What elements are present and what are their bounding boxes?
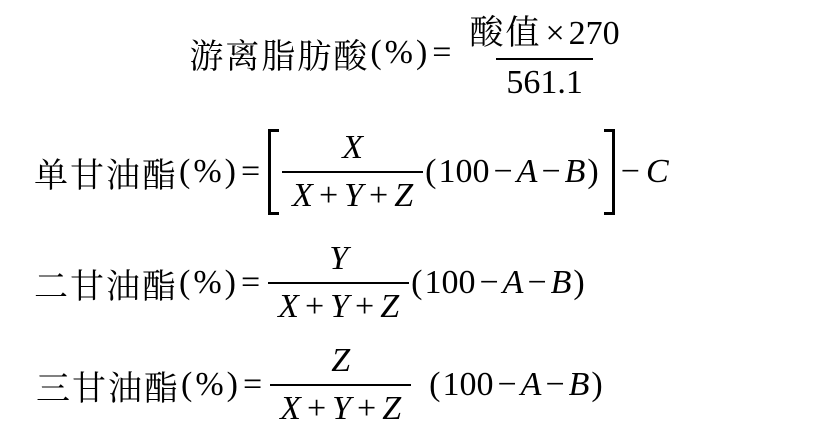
percent-sign: (%) <box>179 153 239 191</box>
minus-sign: − <box>479 264 498 302</box>
formula-label: 单甘油酯 <box>34 148 178 197</box>
open-paren: ( <box>429 366 440 404</box>
plus-sign: + <box>305 288 324 326</box>
denominator-number: 561.1 <box>506 64 583 102</box>
subtracted-term: − C <box>615 153 669 191</box>
percent-sign: (%) <box>179 264 239 302</box>
formula-monoglyceride: 单甘油酯 (%) = X X + Y + Z ( 100 − A − B ) <box>0 128 819 216</box>
minus-sign: − <box>621 153 640 191</box>
close-paren: ) <box>573 264 584 302</box>
parenthetical-term: ( 100 − A − B ) <box>409 264 587 302</box>
number: 100 <box>438 153 489 191</box>
minus-sign: − <box>545 366 564 404</box>
variable: B <box>551 264 572 302</box>
variable: A <box>517 153 538 191</box>
fraction-numerator: Y <box>319 240 358 282</box>
formula-label: 二甘油酯 <box>34 259 178 308</box>
equals-sign: = <box>432 34 451 72</box>
percent-sign: (%) <box>370 34 430 72</box>
close-bracket <box>604 129 615 215</box>
variable: B <box>569 366 590 404</box>
formula-label: 三甘油酯 <box>36 361 180 410</box>
minus-sign: − <box>541 153 560 191</box>
formula-label: 游离脂肪酸 <box>189 29 369 78</box>
minus-sign: − <box>493 153 512 191</box>
number: 100 <box>424 264 475 302</box>
equals-sign: = <box>243 366 262 404</box>
parenthetical-term: ( 100 − A − B ) <box>427 366 605 404</box>
close-paren: ) <box>591 366 602 404</box>
plus-sign: + <box>369 177 388 215</box>
open-bracket <box>268 129 279 215</box>
parenthetical-term: ( 100 − A − B ) <box>423 153 601 191</box>
open-paren: ( <box>425 153 436 191</box>
variable: Y <box>329 240 348 278</box>
variable: C <box>646 153 669 191</box>
variable: Z <box>382 390 401 428</box>
variable: X <box>342 129 363 167</box>
number: 100 <box>442 366 493 404</box>
plus-sign: + <box>355 288 374 326</box>
variable: X <box>280 390 301 428</box>
fraction: X X + Y + Z <box>282 129 423 215</box>
formula-free-fatty-acid: 游离脂肪酸 (%) = 酸值 × 270 561.1 <box>0 16 819 90</box>
fraction-denominator: X + Y + Z <box>268 282 409 326</box>
fraction: Y X + Y + Z <box>268 240 409 326</box>
fraction: Z X + Y + Z <box>270 342 411 428</box>
fraction-numerator: 酸值 × 270 <box>459 5 629 58</box>
variable: Z <box>394 177 413 215</box>
variable: X <box>292 177 313 215</box>
variable: A <box>521 366 542 404</box>
fraction: 酸值 × 270 561.1 <box>459 5 629 102</box>
equals-sign: = <box>241 264 260 302</box>
fraction-numerator: X <box>332 129 373 171</box>
formula-sheet: 游离脂肪酸 (%) = 酸值 × 270 561.1 单甘油酯 (%) = X … <box>0 0 819 441</box>
equals-sign: = <box>241 153 260 191</box>
variable: Z <box>380 288 399 326</box>
times-sign: × <box>545 15 564 53</box>
numerator-term: 酸值 <box>469 5 541 54</box>
fraction-denominator: X + Y + Z <box>282 171 423 215</box>
numerator-number: 270 <box>569 15 620 53</box>
percent-sign: (%) <box>181 366 241 404</box>
open-paren: ( <box>411 264 422 302</box>
formula-diglyceride: 二甘油酯 (%) = Y X + Y + Z ( 100 − A − B ) <box>0 240 819 326</box>
variable: Y <box>344 177 363 215</box>
plus-sign: + <box>319 177 338 215</box>
variable: A <box>503 264 524 302</box>
variable: Z <box>331 342 350 380</box>
variable: X <box>278 288 299 326</box>
formula-triglyceride: 三甘油酯 (%) = Z X + Y + Z ( 100 − A − B ) <box>0 340 819 430</box>
plus-sign: + <box>357 390 376 428</box>
variable: Y <box>330 288 349 326</box>
minus-sign: − <box>527 264 546 302</box>
variable: B <box>565 153 586 191</box>
plus-sign: + <box>307 390 326 428</box>
fraction-denominator: X + Y + Z <box>270 384 411 428</box>
minus-sign: − <box>497 366 516 404</box>
fraction-numerator: Z <box>321 342 360 384</box>
fraction-denominator: 561.1 <box>496 58 593 102</box>
close-paren: ) <box>587 153 598 191</box>
variable: Y <box>332 390 351 428</box>
